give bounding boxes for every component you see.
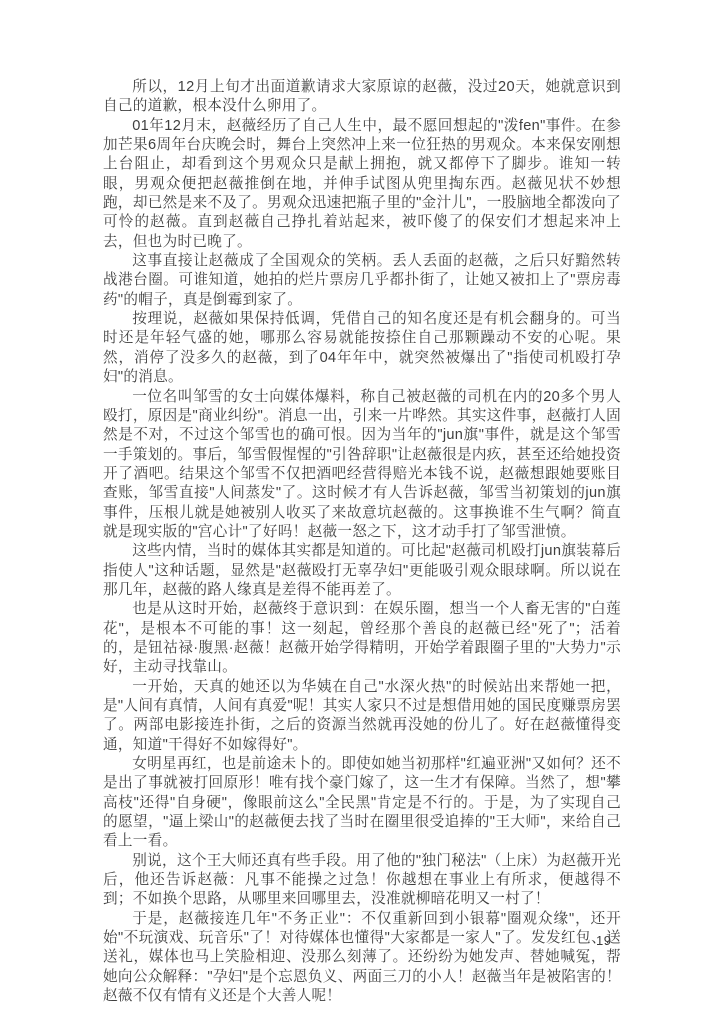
paragraph: 女明星再红，也是前途未卜的。即使如她当初那样"红遍亚洲"又如何？还不是出了事就被…	[103, 755, 621, 852]
paragraph: 01年12月末，赵薇经历了自己人生中，最不愿回想起的"泼fen"事件。在参加芒果…	[103, 117, 621, 252]
document-page: 所以，12月上旬才出面道歉请求大家原谅的赵薇，没过20天，她就意识到自己的道歉，…	[0, 0, 723, 1024]
paragraph: 也是从这时开始，赵薇终于意识到：在娱乐圈，想当一个人畜无害的"白莲花"，是根本不…	[103, 600, 621, 677]
paragraph: 这事直接让赵薇成了全国观众的笑柄。丢人丢面的赵薇，之后只好黯然转战港台圈。可谁知…	[103, 252, 621, 310]
paragraph: 一开始，天真的她还以为华姨在自己"水深火热"的时候站出来帮她一把，是"人间有真情…	[103, 678, 621, 755]
paragraph: 于是，赵薇接连几年"不务正业"：不仅重新回到小银幕"圈观众缘"，还开始"不玩演戏…	[103, 910, 621, 1007]
paragraph: 一位名叫邹雪的女士向媒体爆料，称自己被赵薇的司机在内的20多个男人殴打，原因是"…	[103, 388, 621, 543]
page-text: 所以，12月上旬才出面道歉请求大家原谅的赵薇，没过20天，她就意识到自己的道歉，…	[103, 78, 621, 1007]
paragraph: 按理说，赵薇如果保持低调，凭借自己的知名度还是有机会翻身的。可当时还是年轻气盛的…	[103, 310, 621, 387]
paragraph: 所以，12月上旬才出面道歉请求大家原谅的赵薇，没过20天，她就意识到自己的道歉，…	[103, 78, 621, 117]
page-number: 19	[596, 933, 611, 948]
paragraph: 别说，这个王大师还真有些手段。用了他的"独门秘法"（上床）为赵薇开光后，他还告诉…	[103, 852, 621, 910]
paragraph: 这些内情，当时的媒体其实都是知道的。可比起"赵薇司机殴打jun旗装幕后指使人"这…	[103, 542, 621, 600]
